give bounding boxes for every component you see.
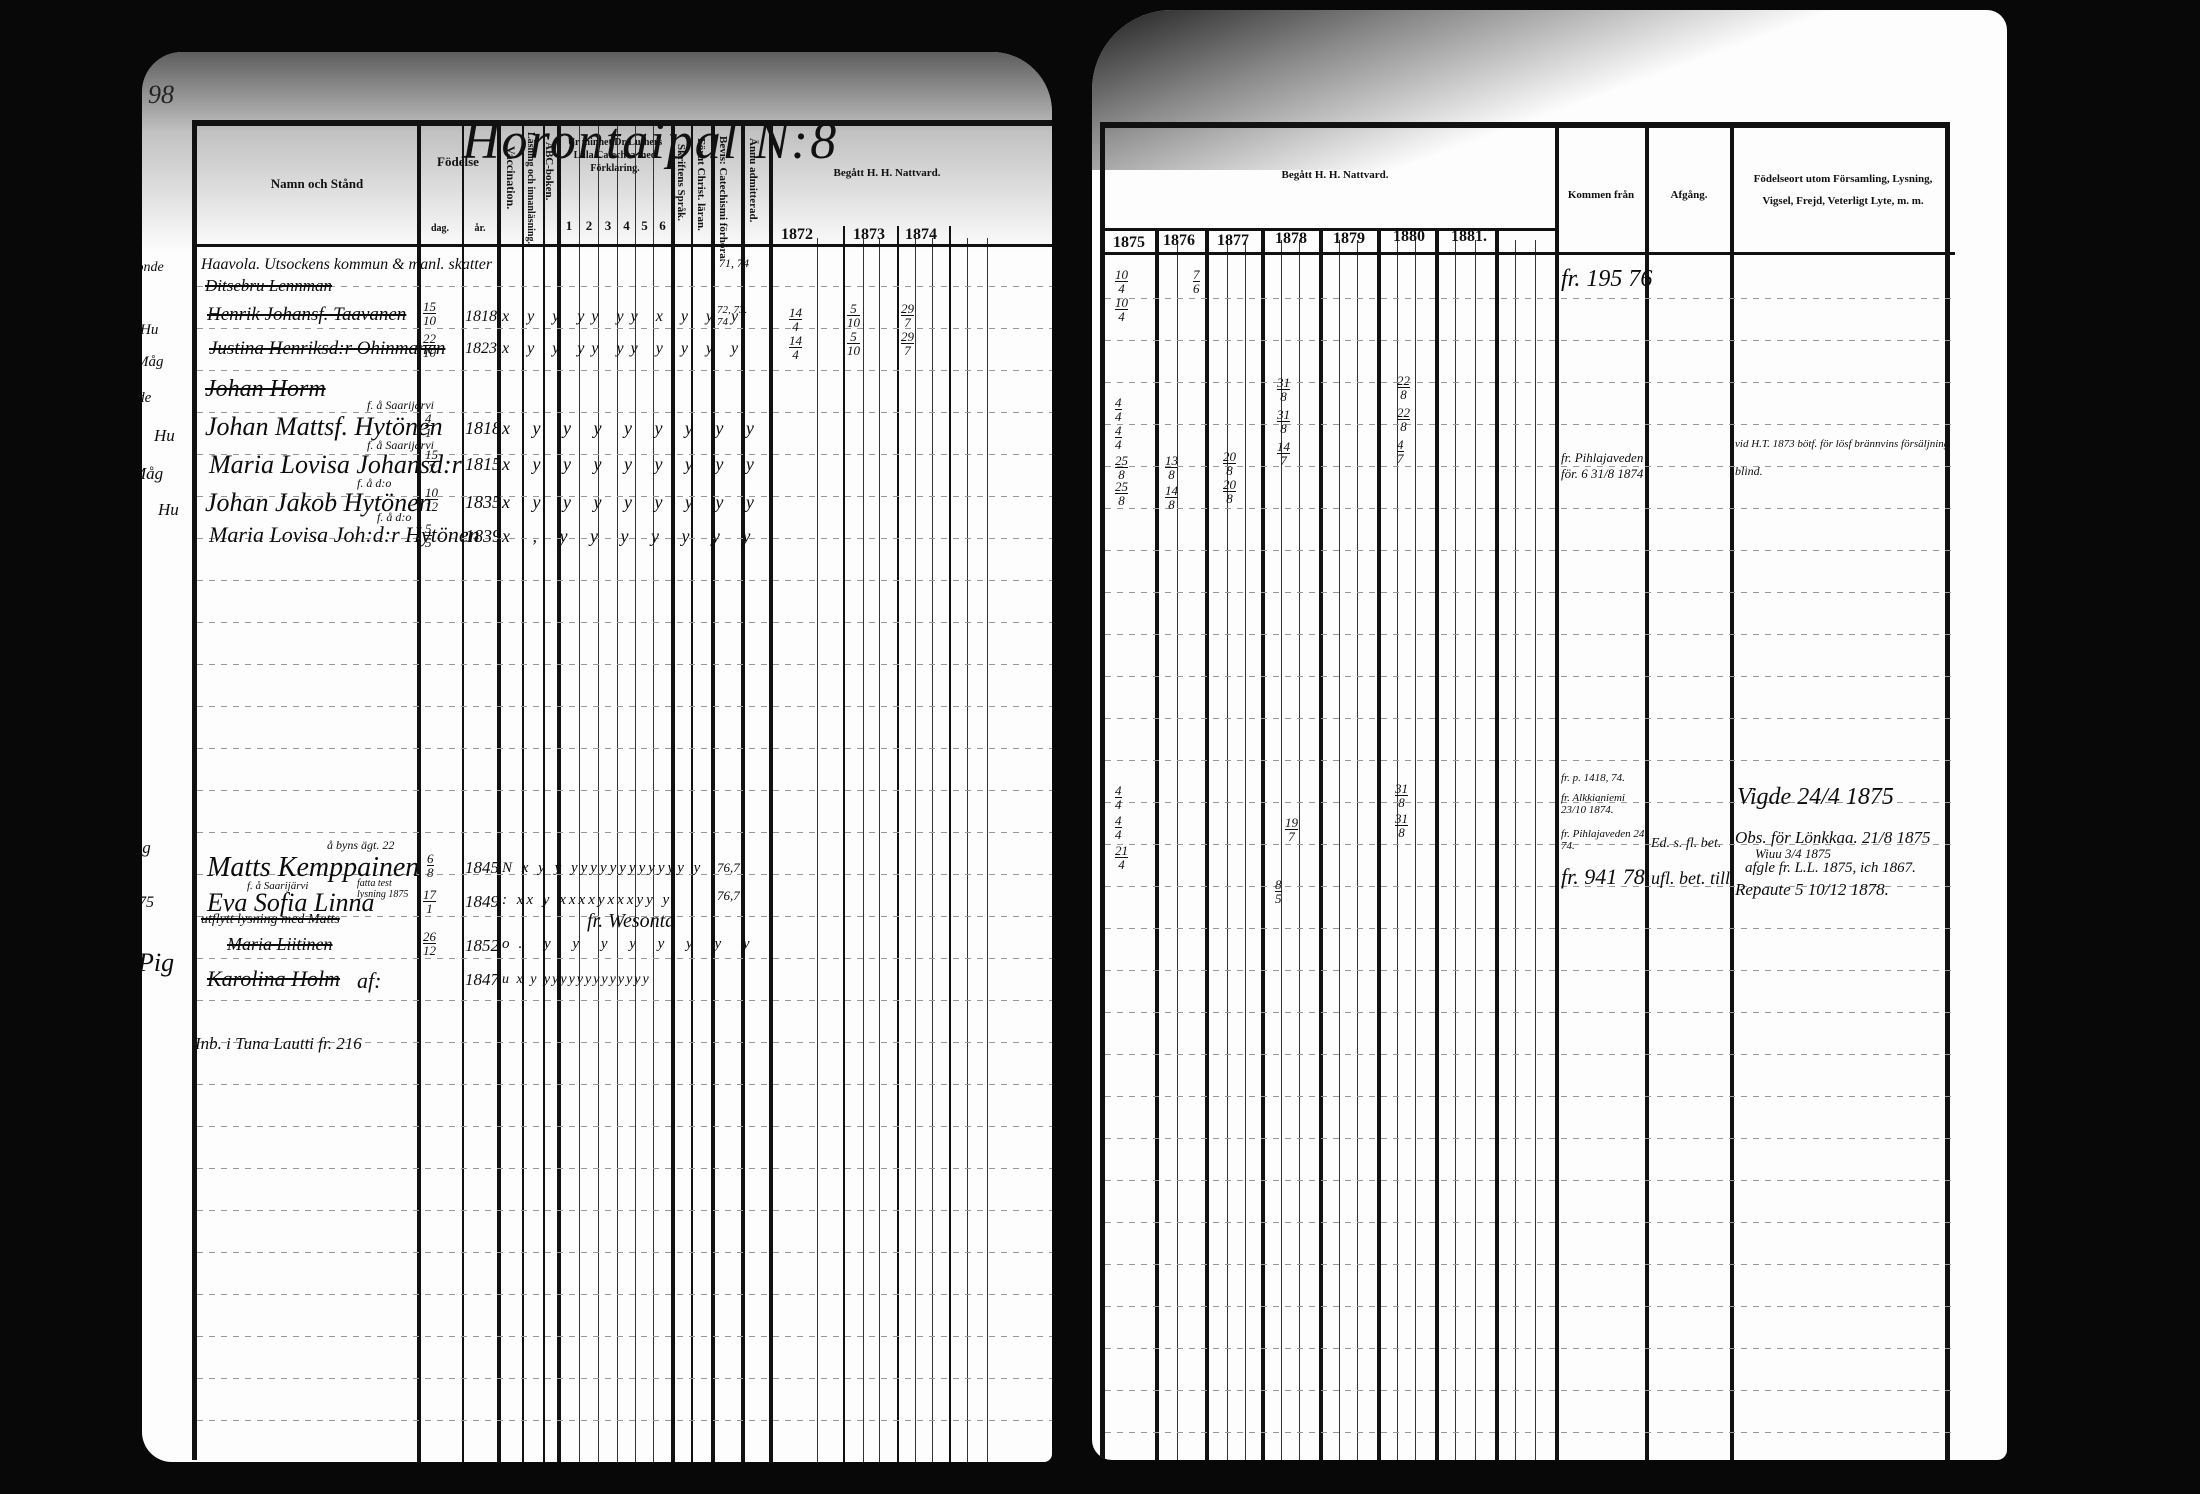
departure-entry-1: Ed. s. fl. bet. bbox=[1651, 836, 1721, 852]
comm-1880-d: 318 bbox=[1395, 782, 1408, 809]
year-1874: 1874 bbox=[905, 226, 937, 244]
checks-row-12: o. y y y y y y y y bbox=[502, 936, 759, 953]
comm-1878-e: 85 bbox=[1275, 878, 1282, 905]
row-3-name: Justina Henriksd:r Ohinmanen bbox=[209, 338, 445, 360]
comm-1873-a: 510 bbox=[847, 302, 860, 329]
prefix-row-1: Bonde bbox=[142, 260, 164, 276]
row-12-year: 1852 bbox=[465, 936, 499, 956]
catechism-part-1: 1 bbox=[559, 218, 579, 235]
row-12-name: Maria Liitinen bbox=[227, 934, 333, 955]
row-10-note: 76,7 bbox=[717, 888, 740, 904]
row-12-day: 2612 bbox=[423, 930, 436, 957]
catechism-part-4: 4 bbox=[618, 218, 635, 235]
header-name: Namn och Stånd bbox=[237, 176, 397, 193]
checks-row-10: : xx y xxxxyxxxyy y bbox=[502, 892, 672, 909]
checks-row-9: N x y y yyyyyyyyyyyy y bbox=[502, 860, 703, 877]
comm-1876-b: 148 bbox=[1165, 484, 1178, 511]
prefix-row-5: Bde bbox=[142, 390, 151, 407]
remark-2: blind. bbox=[1735, 464, 1763, 479]
header-birth-day: dag. bbox=[419, 222, 461, 235]
left-page: 98 Horontaipal N:8 bbox=[142, 52, 1052, 1462]
row-11-flyttat: fr. Wesonta bbox=[587, 910, 675, 933]
remark-3: Vigde 24/4 1875 bbox=[1737, 784, 1894, 811]
year-1881: 1881. bbox=[1451, 228, 1487, 246]
row-8-name: Maria Lovisa Joh:d:r Hytönen bbox=[209, 522, 480, 548]
checks-row-3: x y y yy yy y y y y bbox=[502, 340, 745, 358]
remark-6: afgle fr. L.L. 1875, ich 1867. bbox=[1745, 860, 1916, 877]
comm-1875-7: 44 bbox=[1115, 784, 1122, 811]
header-vaccination: Vaccination. bbox=[503, 146, 518, 209]
comm-1880-b: 228 bbox=[1397, 406, 1410, 433]
comm-1877-b: 208 bbox=[1223, 478, 1236, 505]
from-entry-6: fr. 941 78 bbox=[1561, 864, 1645, 890]
remark-7: Repaute 5 10/12 1878. bbox=[1735, 880, 1889, 900]
row-8-day: 55 bbox=[425, 522, 432, 549]
comm-1875-6: 258 bbox=[1115, 480, 1128, 507]
register-table-left: Namn och Stånd Födelse dag. år. Vaccinat… bbox=[192, 120, 1052, 1460]
header-abc: ABC-boken. bbox=[543, 142, 555, 200]
departure-entry-2: ufl. bet. till bbox=[1651, 868, 1730, 889]
row-9-super: å byns ägt. 22 bbox=[327, 838, 394, 853]
comm-1876-a: 138 bbox=[1165, 454, 1178, 481]
header-reading: Läsning och innanläsning. bbox=[525, 132, 536, 244]
header-birth: Födelse bbox=[419, 154, 497, 171]
comm-1878-b: 318 bbox=[1277, 408, 1290, 435]
comm-1880-a: 228 bbox=[1397, 374, 1410, 401]
from-entry-4: fr. Alkkianiemi 23/10 1874. bbox=[1561, 792, 1645, 816]
comm-1874-b: 297 bbox=[901, 330, 914, 357]
header-evidence: Bevis: Catechismi förhöra. bbox=[717, 136, 729, 262]
year-1877: 1877 bbox=[1217, 232, 1249, 250]
row-6-day: 157 bbox=[425, 448, 438, 475]
row-3-year: 1823 bbox=[465, 340, 497, 358]
row-13-suffix: af: bbox=[357, 968, 381, 994]
comm-1874-a: 297 bbox=[901, 302, 914, 329]
footer-note: Inb. i Tuna Lautti fr. 216 bbox=[195, 1034, 362, 1054]
catechism-part-2: 2 bbox=[580, 218, 598, 235]
row-3-day: 2210 bbox=[423, 332, 436, 359]
header-birth-year: år. bbox=[463, 222, 497, 235]
prefix-row-9: Dg bbox=[142, 838, 151, 858]
year-1880: 1880 bbox=[1393, 228, 1425, 246]
checks-row-13: u x y yyyyyyyyyyyyy bbox=[502, 972, 651, 988]
year-1875: 1875 bbox=[1113, 234, 1145, 252]
right-page: Begått H. H. Nattvard. 1875 1876 1877 18… bbox=[1092, 10, 2007, 1460]
year-1878: 1878 bbox=[1275, 230, 1307, 248]
checks-row-7: x y y y y y y y y bbox=[502, 492, 763, 513]
row-0-note: 71, 74 bbox=[719, 256, 749, 271]
remark-1: vid H.T. 1873 bötf. för lösf brännvins f… bbox=[1735, 438, 1949, 450]
row-11-name: utflytt lysning med Matts bbox=[201, 912, 340, 928]
year-1876: 1876 bbox=[1163, 232, 1195, 250]
row-8-year: 1839 bbox=[465, 526, 501, 547]
from-entry-5: fr. Pihlajaveden 24 74. bbox=[1561, 828, 1645, 852]
checks-row-8: x , y y y y y y y bbox=[502, 526, 759, 547]
from-entry-1: fr. 195 76 bbox=[1561, 266, 1652, 293]
catechism-part-6: 6 bbox=[654, 218, 671, 235]
comm-1872-a: 144 bbox=[789, 306, 802, 333]
checks-row-2: x y y yy yy x y y y bbox=[502, 308, 745, 326]
comm-1875-2: 104 bbox=[1115, 296, 1128, 323]
header-scripture: Skriftens Språk. bbox=[675, 144, 687, 221]
comm-1880-e: 318 bbox=[1395, 812, 1408, 839]
comm-1875-4: 44 bbox=[1115, 424, 1122, 451]
page-mark: 98 bbox=[148, 80, 174, 110]
from-entry-3: fr. p. 1418, 74. bbox=[1561, 772, 1625, 784]
comm-1875-8: 44 bbox=[1115, 814, 1122, 841]
year-1879: 1879 bbox=[1333, 230, 1365, 248]
register-table-right: Begått H. H. Nattvard. 1875 1876 1877 18… bbox=[1100, 122, 1950, 1460]
prefix-row-8: Hu bbox=[158, 500, 179, 520]
prefix-row-4: Måg bbox=[142, 354, 164, 371]
header-catechism: Ur minnet Dr Luthers Lilla Catechea med … bbox=[559, 136, 671, 175]
row-6-name: Maria Lovisa Johansd:r bbox=[209, 450, 462, 480]
row-4-name: Johan Horm bbox=[205, 376, 326, 403]
row-5-day: 41 bbox=[425, 412, 432, 439]
row-6-year: 1815 bbox=[465, 454, 501, 475]
header-communion-right: Begått H. H. Nattvard. bbox=[1205, 168, 1465, 182]
prefix-row-3: Hu bbox=[142, 322, 158, 339]
row-2-day: 1510 bbox=[423, 300, 436, 327]
comm-1878-d: 197 bbox=[1285, 816, 1298, 843]
comm-1873-b: 510 bbox=[847, 330, 860, 357]
row-1-name: Ditsebru Lennman bbox=[205, 276, 332, 296]
row-7-year: 1835 bbox=[465, 492, 501, 513]
prefix-row-7: Måg bbox=[142, 464, 163, 484]
comm-1880-c: 47 bbox=[1397, 438, 1404, 465]
comm-1875-9: 214 bbox=[1115, 844, 1128, 871]
header-christian-doctrine: Förut Christ. läran. bbox=[695, 138, 707, 231]
catechism-part-3: 3 bbox=[599, 218, 617, 235]
year-1873: 1873 bbox=[853, 226, 885, 244]
header-admitted: Ännu admitterad. bbox=[747, 138, 759, 222]
row-7-day: 1012 bbox=[425, 486, 438, 513]
checks-row-5: x y y y y y y y y bbox=[502, 418, 763, 439]
year-1872: 1872 bbox=[781, 226, 813, 244]
header-communion-left: Begått H. H. Nattvard. bbox=[787, 166, 987, 180]
row-9-note: 76,7 bbox=[717, 860, 740, 876]
row-5-super: f. å Saarijärvi bbox=[367, 398, 434, 413]
comm-1877-a: 208 bbox=[1223, 450, 1236, 477]
row-10-day: 171 bbox=[423, 888, 436, 915]
row-0-name: Haavola. Utsockens kommun & manl. skatte… bbox=[201, 256, 492, 274]
header-from: Kommen från bbox=[1557, 188, 1645, 202]
prefix-row-6: Hu bbox=[154, 426, 175, 446]
row-10-year: 1849 bbox=[465, 892, 499, 912]
comm-1875-5: 258 bbox=[1115, 454, 1128, 481]
comm-1878-c: 147 bbox=[1277, 440, 1290, 467]
row-5-year: 1818 bbox=[465, 418, 501, 439]
row-13-year: 1847 bbox=[465, 970, 499, 990]
row-13-name: Karolina Holm bbox=[207, 966, 340, 992]
row-2-year: 1818 bbox=[465, 308, 497, 326]
header-departure: Afgång. bbox=[1649, 188, 1729, 202]
from-entry-2: fr. Pihlajaveden för. 6 31/8 1874 bbox=[1561, 450, 1645, 482]
remark-4: Obs. för Lönkkaa. 21/8 1875 bbox=[1735, 828, 1931, 848]
row-2-name: Henrik Johansf. Taavanen bbox=[207, 304, 406, 326]
comm-1875-1: 104 bbox=[1115, 268, 1128, 295]
comm-1878-a: 318 bbox=[1277, 376, 1290, 403]
header-remarks: Födelseort utom Församling, Lysning, Vig… bbox=[1737, 168, 1949, 212]
comm-1876-7: 76 bbox=[1193, 268, 1200, 295]
row-9-day: 68 bbox=[427, 852, 434, 879]
comm-1872-b: 144 bbox=[789, 334, 802, 361]
catechism-part-5: 5 bbox=[636, 218, 653, 235]
checks-row-6: x y y y y y y y y bbox=[502, 454, 763, 475]
row-9-year: 1845 bbox=[465, 858, 499, 878]
comm-1875-3: 44 bbox=[1115, 396, 1122, 423]
prefix-row-11: 1875 bbox=[142, 894, 154, 912]
prefix-row-13: Pig bbox=[142, 948, 174, 978]
